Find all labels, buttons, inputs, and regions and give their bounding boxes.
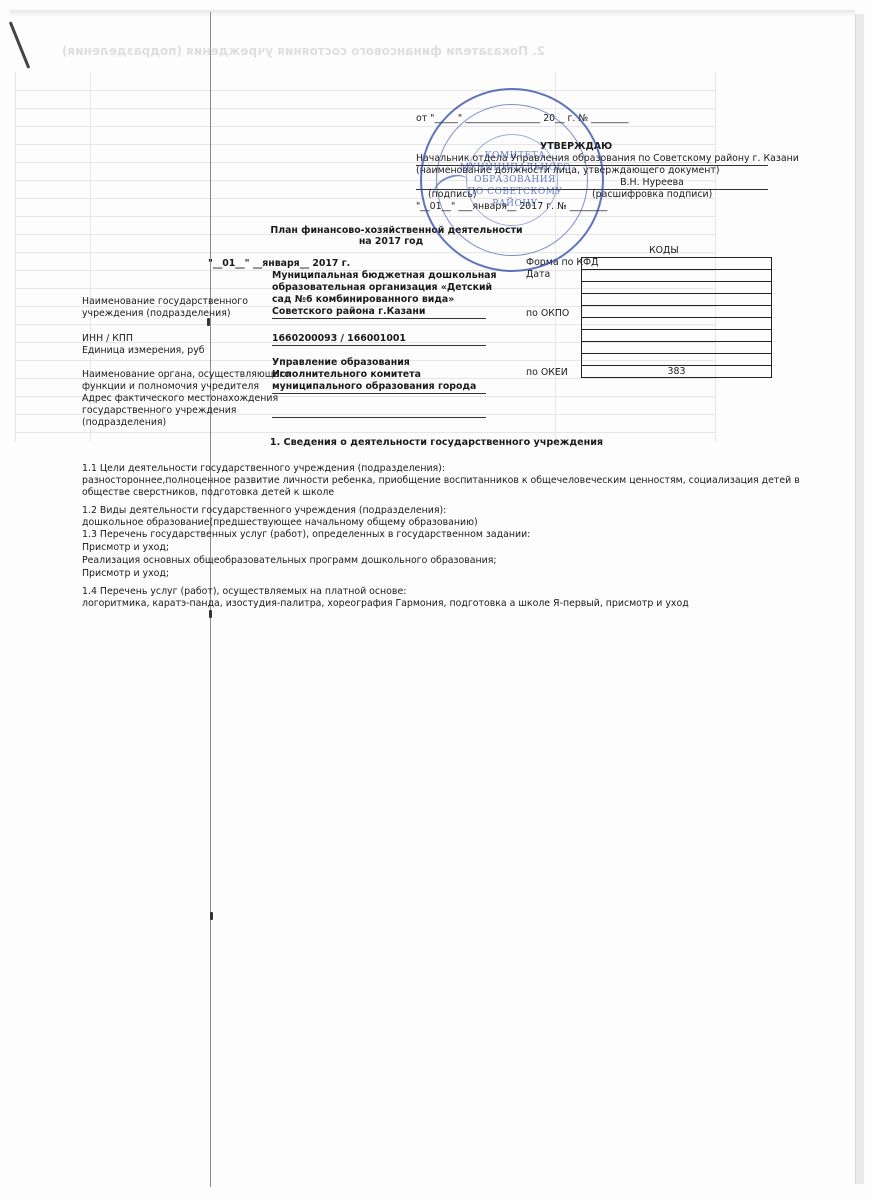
staple-mark bbox=[209, 610, 212, 618]
code-cell bbox=[582, 318, 771, 330]
p13-head: 1.3 Перечень государственных услуг (рабо… bbox=[82, 529, 530, 541]
founder-name-3: муниципального образования города bbox=[272, 381, 486, 394]
address-label-1: Адрес фактического местонахождения bbox=[82, 393, 278, 405]
code-label-okei: по ОКЕИ bbox=[526, 367, 568, 379]
approval-from-line: от "_____" ________________ 20__ г. № __… bbox=[416, 113, 629, 125]
p13-item-1: Присмотр и уход; bbox=[82, 542, 169, 554]
pen-mark bbox=[9, 21, 31, 68]
p13-item-2: Реализация основных общеобразовательных … bbox=[82, 555, 497, 567]
code-cell bbox=[582, 282, 771, 294]
p12-head: 1.2 Виды деятельности государственного у… bbox=[82, 505, 446, 517]
address-label-2: государственного учреждения bbox=[82, 405, 236, 417]
approve-label: УТВЕРЖДАЮ bbox=[540, 141, 612, 153]
p14-body: логоритмика, каратэ-панда, изостудия-пал… bbox=[82, 598, 689, 610]
institution-label-2: учреждения (подразделения) bbox=[82, 308, 231, 320]
p11-body-1: разностороннее,полноценное развитие личн… bbox=[82, 475, 800, 487]
founder-label-1: Наименование органа, осуществляющего bbox=[82, 369, 290, 381]
ghost-title: 2. Показатели финансового состояния учре… bbox=[62, 44, 545, 58]
institution-name-4: Советского района г.Казани bbox=[272, 306, 486, 319]
address-value bbox=[272, 417, 486, 418]
code-cell bbox=[582, 258, 771, 270]
signer-caption: (расшифровка подписи) bbox=[592, 189, 712, 201]
institution-name-3: сад №6 комбинированного вида» bbox=[272, 294, 454, 306]
p11-body-2: обществе сверстников, подготовка детей к… bbox=[82, 487, 334, 499]
p12-body: дошкольное образование(предшествующее на… bbox=[82, 517, 478, 529]
unit-label: Единица измерения, руб bbox=[82, 345, 205, 357]
staple-mark bbox=[210, 912, 213, 920]
code-cell bbox=[582, 342, 771, 354]
approval-date-line: "__01__" ___января__ 2017 г. № ________ bbox=[416, 201, 607, 213]
section-1-title: 1. Сведения о деятельности государственн… bbox=[0, 437, 873, 448]
code-cell bbox=[582, 270, 771, 282]
p14-head: 1.4 Перечень услуг (работ), осуществляем… bbox=[82, 586, 406, 598]
code-cell-okei: 383 bbox=[582, 366, 771, 378]
address-label-3: (подразделения) bbox=[82, 417, 166, 429]
p11-head: 1.1 Цели деятельности государственного у… bbox=[82, 463, 445, 475]
signature-caption: (подпись) bbox=[428, 189, 477, 201]
code-cell bbox=[582, 294, 771, 306]
institution-label-1: Наименование государственного bbox=[82, 296, 248, 308]
unit-value bbox=[272, 345, 486, 346]
codes-header: КОДЫ bbox=[649, 245, 679, 257]
founder-name-2: Исполнительного комитета bbox=[272, 369, 421, 381]
code-cell bbox=[582, 354, 771, 366]
code-cell bbox=[582, 330, 771, 342]
founder-label-2: функции и полномочия учредителя bbox=[82, 381, 259, 393]
inn-label: ИНН / КПП bbox=[82, 333, 133, 345]
code-cell bbox=[582, 306, 771, 318]
position-caption: (наименование должности лица, утверждающ… bbox=[416, 165, 720, 177]
page-edge bbox=[855, 14, 864, 1184]
code-label-date: Дата bbox=[526, 269, 550, 281]
code-label-okpo: по ОКПО bbox=[526, 308, 569, 320]
institution-name-1: Муниципальная бюджетная дошкольная bbox=[272, 270, 497, 282]
page-top-shadow bbox=[10, 10, 855, 16]
founder-name-1: Управление образования bbox=[272, 357, 410, 369]
institution-name-2: образовательная организация «Детский bbox=[272, 282, 492, 294]
p13-item-3: Присмотр и уход; bbox=[82, 568, 169, 580]
plan-date: "__01__" __января__ 2017 г. bbox=[208, 258, 350, 270]
codes-table: 383 bbox=[581, 257, 772, 378]
